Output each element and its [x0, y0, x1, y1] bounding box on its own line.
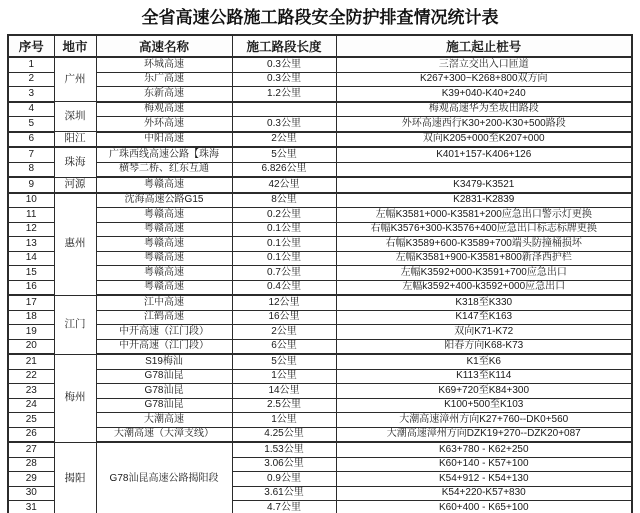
cell-city: 江门	[54, 295, 96, 354]
cell-stake-range: 左幅K3581+000-K3581+200应急出口警示灯更换	[336, 208, 632, 223]
table-row: 20中开高速（江门段）6公里阳春方向K68-K73	[8, 339, 632, 354]
table-row: 4深圳梅观高速梅观高速华为至坂田路段	[8, 102, 632, 117]
table-row: 12粤赣高速0.1公里右幅K3576+300-K3576+400应急出口标志标牌…	[8, 222, 632, 237]
cell-highway-name: G78汕昆	[96, 398, 232, 413]
cell-stake-range: 左幅K3581+900-K3581+800新泽西护栏	[336, 251, 632, 266]
table-row: 26大潮高速（大漳支线）4.25公里大潮高速漳州方向DZK19+270--DZK…	[8, 427, 632, 442]
cell-stake-range: 梅观高速华为至坂田路段	[336, 102, 632, 117]
cell-city: 揭阳	[54, 442, 96, 513]
cell-stake-range: K318至K330	[336, 295, 632, 310]
cell-highway-name: 外环高速	[96, 117, 232, 132]
cell-stake-range: K54+912 - K54+130	[336, 472, 632, 487]
header-row: 序号地市高速名称施工路段长度施工起止桩号	[8, 35, 632, 57]
table-row: 22G78汕昆1公里K113至K114	[8, 369, 632, 384]
cell-section-length: 12公里	[232, 295, 336, 310]
cell-section-length: 0.2公里	[232, 208, 336, 223]
cell-stake-range: 右幅K3576+300-K3576+400应急出口标志标牌更换	[336, 222, 632, 237]
table-row: 7珠海广珠西线高速公路【珠海5公里K401+157-K406+126	[8, 147, 632, 162]
cell-stake-range: 左幅K3592+000-K3591+700应急出口	[336, 266, 632, 281]
cell-stake-range: K54+220-K57+830	[336, 486, 632, 501]
cell-city: 广州	[54, 57, 96, 102]
cell-serial-number: 30	[8, 486, 54, 501]
cell-stake-range: K63+780 - K62+250	[336, 442, 632, 457]
cell-serial-number: 21	[8, 354, 54, 369]
cell-highway-name: 中开高速（江门段）	[96, 339, 232, 354]
cell-city: 阳江	[54, 132, 96, 148]
cell-section-length: 1.53公里	[232, 442, 336, 457]
column-header-0: 序号	[8, 35, 54, 57]
cell-city: 梅州	[54, 354, 96, 442]
table-row: 17江门江中高速12公里K318至K330	[8, 295, 632, 310]
table-row: 5外环高速0.3公里外环高速西行K30+200-K30+500路段	[8, 117, 632, 132]
cell-highway-name: G78汕昆高速公路揭阳段	[96, 442, 232, 513]
cell-serial-number: 11	[8, 208, 54, 223]
cell-highway-name: G78汕昆	[96, 384, 232, 399]
cell-section-length: 0.7公里	[232, 266, 336, 281]
cell-section-length: 1.2公里	[232, 87, 336, 102]
cell-city: 深圳	[54, 102, 96, 132]
cell-section-length: 14公里	[232, 384, 336, 399]
cell-highway-name: 粤赣高速	[96, 208, 232, 223]
cell-stake-range: 大潮高速漳州方向DZK19+270--DZK20+087	[336, 427, 632, 442]
page-title: 全省高速公路施工路段安全防护排查情况统计表	[0, 0, 640, 34]
cell-stake-range: 阳春方向K68-K73	[336, 339, 632, 354]
cell-highway-name: 环城高速	[96, 57, 232, 72]
cell-highway-name: S19梅汕	[96, 354, 232, 369]
column-header-3: 施工路段长度	[232, 35, 336, 57]
cell-section-length: 5公里	[232, 147, 336, 162]
table-row: 6阳江中阳高速2公里双向K205+000至K207+000	[8, 132, 632, 148]
cell-serial-number: 9	[8, 177, 54, 193]
cell-serial-number: 17	[8, 295, 54, 310]
cell-highway-name: 东新高速	[96, 87, 232, 102]
table-row: 8横琴二桥、红东互通6.826公里	[8, 162, 632, 177]
table-row: 14粤赣高速0.1公里左幅K3581+900-K3581+800新泽西护栏	[8, 251, 632, 266]
cell-highway-name: 横琴二桥、红东互通	[96, 162, 232, 177]
cell-serial-number: 25	[8, 413, 54, 428]
cell-highway-name: 乐广高速	[96, 72, 232, 87]
cell-section-length: 6公里	[232, 339, 336, 354]
cell-section-length: 1公里	[232, 413, 336, 428]
cell-stake-range: K2831-K2839	[336, 193, 632, 208]
table-row: 9河源粤赣高速42公里K3479-K3521	[8, 177, 632, 193]
cell-section-length: 1公里	[232, 369, 336, 384]
cell-stake-range: 外环高速西行K30+200-K30+500路段	[336, 117, 632, 132]
column-header-1: 地市	[54, 35, 96, 57]
table-row: 1广州环城高速0.3公里三滘立交出入口匝道	[8, 57, 632, 72]
cell-stake-range: K69+720至K84+300	[336, 384, 632, 399]
cell-stake-range: K1至K6	[336, 354, 632, 369]
cell-highway-name: 粤赣高速	[96, 280, 232, 295]
cell-serial-number: 12	[8, 222, 54, 237]
cell-serial-number: 29	[8, 472, 54, 487]
table-header: 序号地市高速名称施工路段长度施工起止桩号	[8, 35, 632, 57]
cell-serial-number: 28	[8, 457, 54, 472]
cell-section-length: 2.5公里	[232, 398, 336, 413]
cell-serial-number: 24	[8, 398, 54, 413]
column-header-2: 高速名称	[96, 35, 232, 57]
cell-stake-range: K39+040-K40+240	[336, 87, 632, 102]
cell-highway-name: 粤赣高速	[96, 251, 232, 266]
cell-stake-range: K60+140 - K57+100	[336, 457, 632, 472]
cell-stake-range: K60+400 - K65+100	[336, 501, 632, 513]
cell-serial-number: 7	[8, 147, 54, 162]
cell-highway-name: 大潮高速（大漳支线）	[96, 427, 232, 442]
cell-stake-range: 左幅k3592+400-k3592+000应急出口	[336, 280, 632, 295]
cell-serial-number: 5	[8, 117, 54, 132]
cell-section-length: 16公里	[232, 310, 336, 325]
table-row: 19中开高速（江门段）2公里双向K71-K72	[8, 325, 632, 340]
cell-section-length: 5公里	[232, 354, 336, 369]
cell-serial-number: 2	[8, 72, 54, 87]
cell-serial-number: 13	[8, 237, 54, 252]
cell-serial-number: 6	[8, 132, 54, 148]
table-row: 2乐广高速0.3公里K267+300~K268+800双方向	[8, 72, 632, 87]
cell-section-length: 0.3公里	[232, 117, 336, 132]
cell-section-length: 2公里	[232, 325, 336, 340]
table-row: 13粤赣高速0.1公里右幅K3589+600-K3589+700端头防撞桶损坏	[8, 237, 632, 252]
cell-highway-name: 粤赣高速	[96, 266, 232, 281]
cell-section-length: 0.4公里	[232, 280, 336, 295]
cell-serial-number: 15	[8, 266, 54, 281]
cell-stake-range: 双向K71-K72	[336, 325, 632, 340]
cell-highway-name: 江中高速	[96, 295, 232, 310]
cell-serial-number: 1	[8, 57, 54, 72]
cell-section-length: 42公里	[232, 177, 336, 193]
cell-section-length: 3.06公里	[232, 457, 336, 472]
cell-city: 珠海	[54, 147, 96, 177]
cell-highway-name: 大潮高速	[96, 413, 232, 428]
table-row: 27揭阳G78汕昆高速公路揭阳段1.53公里K63+780 - K62+250	[8, 442, 632, 457]
cell-serial-number: 16	[8, 280, 54, 295]
cell-section-length: 0.1公里	[232, 251, 336, 266]
table-row: 15粤赣高速0.7公里左幅K3592+000-K3591+700应急出口	[8, 266, 632, 281]
cell-serial-number: 20	[8, 339, 54, 354]
cell-serial-number: 3	[8, 87, 54, 102]
cell-section-length: 4.25公里	[232, 427, 336, 442]
cell-serial-number: 26	[8, 427, 54, 442]
cell-city: 河源	[54, 177, 96, 193]
cell-section-length: 4.7公里	[232, 501, 336, 513]
table-row: 24G78汕昆2.5公里K100+500至K103	[8, 398, 632, 413]
cell-section-length: 8公里	[232, 193, 336, 208]
table-row: 11粤赣高速0.2公里左幅K3581+000-K3581+200应急出口警示灯更…	[8, 208, 632, 223]
cell-highway-name: 中阳高速	[96, 132, 232, 148]
cell-stake-range	[336, 162, 632, 177]
cell-section-length: 0.1公里	[232, 237, 336, 252]
cell-serial-number: 27	[8, 442, 54, 457]
cell-stake-range: K267+300~K268+800双方向	[336, 72, 632, 87]
cell-stake-range: K113至K114	[336, 369, 632, 384]
cell-highway-name: 中开高速（江门段）	[96, 325, 232, 340]
cell-highway-name: 江鹤高速	[96, 310, 232, 325]
cell-highway-name: 沈海高速公路G15	[96, 193, 232, 208]
cell-serial-number: 22	[8, 369, 54, 384]
cell-serial-number: 31	[8, 501, 54, 513]
cell-section-length: 0.9公里	[232, 472, 336, 487]
cell-serial-number: 4	[8, 102, 54, 117]
cell-stake-range: 右幅K3589+600-K3589+700端头防撞桶损坏	[336, 237, 632, 252]
cell-section-length: 0.1公里	[232, 222, 336, 237]
cell-section-length: 6.826公里	[232, 162, 336, 177]
cell-highway-name: 粤赣高速	[96, 177, 232, 193]
table-row: 25大潮高速1公里大潮高速漳州方向K27+760--DK0+560	[8, 413, 632, 428]
cell-serial-number: 14	[8, 251, 54, 266]
cell-stake-range: K401+157-K406+126	[336, 147, 632, 162]
cell-section-length: 0.3公里	[232, 57, 336, 72]
cell-highway-name: G78汕昆	[96, 369, 232, 384]
cell-stake-range: K100+500至K103	[336, 398, 632, 413]
cell-section-length: 3.61公里	[232, 486, 336, 501]
table-row: 10惠州沈海高速公路G158公里K2831-K2839	[8, 193, 632, 208]
construction-statistics-table: 序号地市高速名称施工路段长度施工起止桩号 1广州环城高速0.3公里三滘立交出入口…	[7, 34, 633, 513]
cell-section-length: 2公里	[232, 132, 336, 148]
cell-city: 惠州	[54, 193, 96, 296]
column-header-4: 施工起止桩号	[336, 35, 632, 57]
cell-highway-name: 梅观高速	[96, 102, 232, 117]
cell-serial-number: 8	[8, 162, 54, 177]
cell-stake-range: 三滘立交出入口匝道	[336, 57, 632, 72]
table-row: 23G78汕昆14公里K69+720至K84+300	[8, 384, 632, 399]
cell-serial-number: 23	[8, 384, 54, 399]
cell-highway-name: 粤赣高速	[96, 222, 232, 237]
cell-stake-range: K3479-K3521	[336, 177, 632, 193]
table-row: 3东新高速1.2公里K39+040-K40+240	[8, 87, 632, 102]
table-row: 18江鹤高速16公里K147至K163	[8, 310, 632, 325]
cell-section-length	[232, 102, 336, 117]
table-row: 16粤赣高速0.4公里左幅k3592+400-k3592+000应急出口	[8, 280, 632, 295]
cell-section-length: 0.3公里	[232, 72, 336, 87]
table-row: 21梅州S19梅汕5公里K1至K6	[8, 354, 632, 369]
cell-highway-name: 广珠西线高速公路【珠海	[96, 147, 232, 162]
cell-stake-range: 双向K205+000至K207+000	[336, 132, 632, 148]
cell-stake-range: K147至K163	[336, 310, 632, 325]
cell-serial-number: 18	[8, 310, 54, 325]
cell-serial-number: 10	[8, 193, 54, 208]
cell-stake-range: 大潮高速漳州方向K27+760--DK0+560	[336, 413, 632, 428]
cell-serial-number: 19	[8, 325, 54, 340]
cell-highway-name: 粤赣高速	[96, 237, 232, 252]
table-body: 1广州环城高速0.3公里三滘立交出入口匝道2乐广高速0.3公里K267+300~…	[8, 57, 632, 513]
